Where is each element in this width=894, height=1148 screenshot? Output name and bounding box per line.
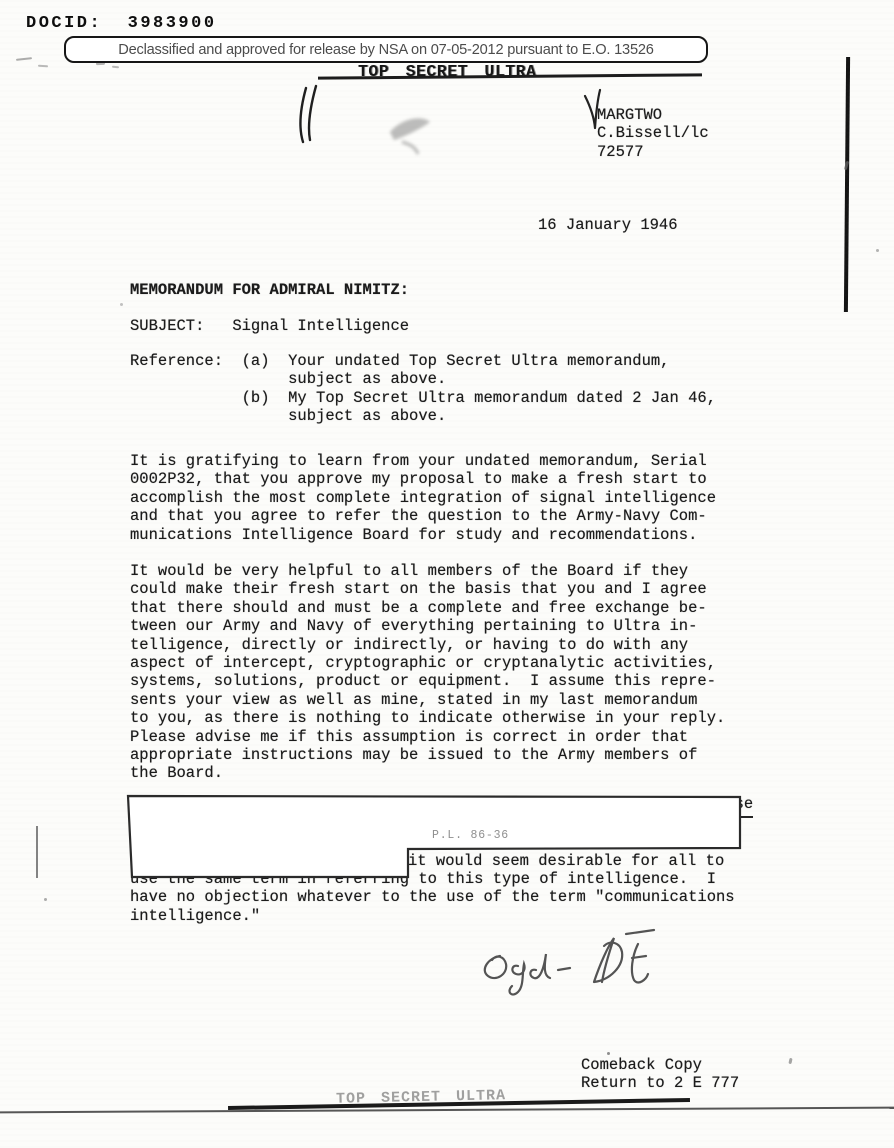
- docid-label: DOCID: 3983900: [26, 14, 217, 33]
- paragraph-2: It would be very helpful to all members …: [130, 562, 725, 783]
- paragraph-3-resume-fragment: it would seem desirable for all to: [408, 852, 724, 870]
- routing-block: MARGTWO C.Bissell/lc 72577: [597, 106, 709, 161]
- subject-line: SUBJECT: Signal Intelligence: [130, 317, 409, 335]
- left-margin-mark: [36, 826, 38, 878]
- redaction-authority-label: P.L. 86-36: [432, 829, 509, 842]
- declassification-banner: Declassified and approved for release by…: [64, 36, 708, 63]
- reference-block: Reference: (a) Your undated Top Secret U…: [130, 352, 716, 426]
- scan-speck: [120, 303, 123, 306]
- scan-speck: [788, 1058, 792, 1064]
- paragraph-1: It is gratifying to learn from your unda…: [130, 452, 716, 544]
- scan-speck: [44, 898, 47, 901]
- memorandum-addressee-line: MEMORANDUM FOR ADMIRAL NIMITZ:: [130, 281, 409, 299]
- ink-smudge: [382, 98, 438, 156]
- document-page: DOCID: 3983900 Declassified and approved…: [0, 0, 894, 1148]
- scan-speck: [16, 57, 32, 61]
- handwritten-signature: Sgd- DE: [470, 928, 670, 1003]
- bottom-page-rule: [0, 1107, 894, 1114]
- declassification-banner-text: Declassified and approved for release by…: [118, 42, 653, 58]
- scan-edge-line: [844, 57, 850, 312]
- scan-speck: [876, 249, 879, 252]
- scan-speck: [607, 1052, 610, 1055]
- scan-speck: [112, 66, 119, 69]
- handwritten-check-mark: [290, 84, 324, 146]
- date-line: 16 January 1946: [538, 216, 678, 234]
- comeback-copy-block: Comeback Copy Return to 2 E 777: [581, 1056, 739, 1093]
- scan-speck: [38, 65, 48, 68]
